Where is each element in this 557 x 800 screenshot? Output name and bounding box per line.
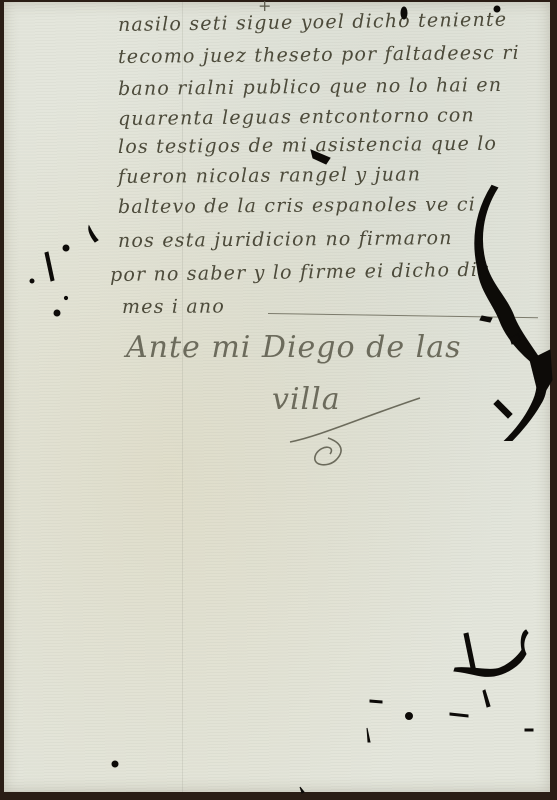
ink-blots xyxy=(0,0,557,800)
